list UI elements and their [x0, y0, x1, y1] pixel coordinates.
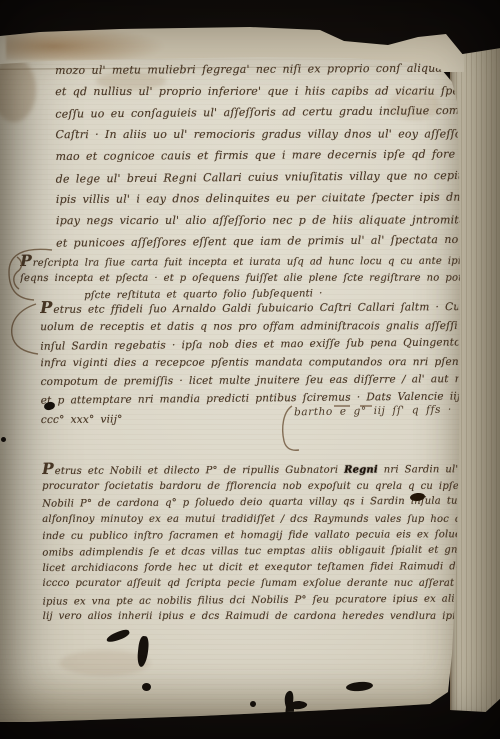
manuscript-line: infra viginti dies a recepcoe pſentis ma…	[40, 353, 458, 372]
manuscript-line: Petrus etc ffideli ſuo Arnaldo Galdi ſub…	[40, 296, 458, 319]
ink-blot	[142, 683, 151, 691]
manuscript-line: ceſſu uo eu conſaguieis ul' aſſeſſoris a…	[55, 100, 459, 125]
manuscript-line: iccco pcurator aſſeuit qd ſcripta pecie …	[43, 577, 459, 593]
text-block-4: Petrus etc Nobili et dilecto P° de ripul…	[42, 459, 459, 626]
foxing-spot	[60, 650, 150, 676]
manuscript-line: et qd nullius ul' proprio inferiore' que…	[55, 80, 459, 102]
manuscript-line: ſeqns incepta et pſecta · et p oſequens …	[20, 271, 460, 287]
manuscript-photo: mozo ul' metu muliebri ſegrega' nec niſi…	[0, 0, 500, 739]
manuscript-line: mao et cognicoe cauis et firmis que i ma…	[56, 144, 460, 168]
ink-blot-irregular	[283, 690, 309, 720]
manuscript-line: Preſcripta lra ſiue carta fuit incepta e…	[20, 251, 460, 272]
margin-bracket-2	[12, 304, 38, 354]
manuscript-page: mozo ul' metu muliebri ſegrega' nec niſi…	[0, 54, 461, 722]
manuscript-line: ipay negs vicario ul' alio aſſeſſorio ne…	[56, 209, 460, 231]
manuscript-line: Petrus etc Nobili et dilecto P° de ripul…	[42, 459, 458, 480]
manuscript-line: licet archidiacons ſorde hec ut dicit et…	[42, 559, 458, 577]
manuscript-line: alfonſinoy minutoy ex ea mutui tradidiſſ…	[42, 512, 458, 528]
manuscript-line: Nobili P° de cardona q° p ſoluedo deio q…	[42, 494, 458, 513]
ink-blot	[250, 701, 256, 707]
text-block-1: mozo ul' metu muliebri ſegrega' nec niſi…	[55, 58, 460, 254]
margin-ink-dot	[1, 437, 6, 442]
corner-stain	[6, 26, 166, 60]
heavy-ink-word: Regni	[344, 465, 378, 476]
manuscript-line: ipius ex vna pte ac nobilis filius dci N…	[43, 591, 459, 610]
ink-blot	[346, 681, 374, 692]
manuscript-line: omibs adimplendis ſe et dcas villas tuc …	[42, 543, 458, 562]
line-segment: Petrus etc Nobili et dilecto P° de ripul…	[42, 465, 344, 477]
manuscript-line: lij vero alios inherii ipius e dcs Raimu…	[43, 609, 459, 625]
manuscript-line: de lege ul' breui Regni Callari cuius vn…	[56, 164, 460, 189]
ink-blot	[105, 628, 130, 644]
manuscript-line: Caſtri · In aliis uo ul' remocioris grad…	[55, 123, 459, 145]
line-segment: nri Sardin ul' eis locu tenen · ſalt etc	[378, 464, 458, 476]
manuscript-line: ipis villis ul' i eay dnos delinquites e…	[56, 187, 460, 211]
